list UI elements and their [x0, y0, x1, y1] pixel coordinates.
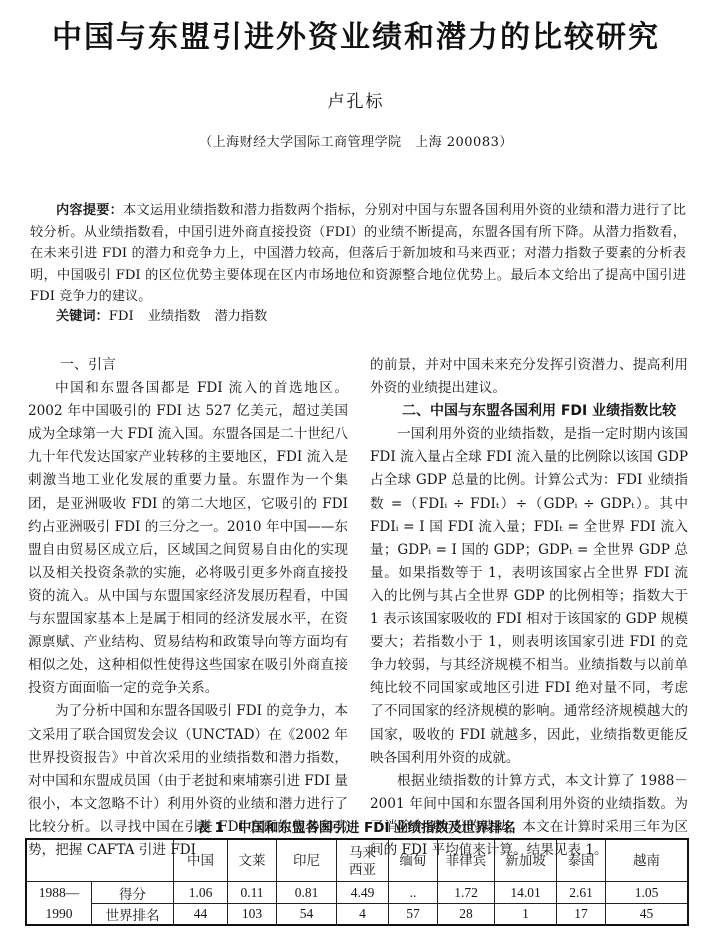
column-header-line: 马来 — [349, 845, 376, 860]
table-cell: 57 — [389, 904, 438, 926]
table-cell: 17 — [557, 904, 606, 926]
table-cell: 1.06 — [174, 882, 228, 904]
table-cell: .. — [389, 882, 438, 904]
column-header: 马来西亚 — [337, 839, 389, 882]
performance-index-table: 中国 文莱 印尼 马来西亚 缅甸 菲律宾 新加坡 泰国 越南 1988— 得分 … — [25, 838, 689, 926]
paper-affiliation: （上海财经大学国际工商管理学院 上海 200083） — [0, 131, 712, 150]
table-corner-cell — [26, 839, 174, 882]
column-header: 菲律宾 — [438, 839, 495, 882]
column-header: 缅甸 — [389, 839, 438, 882]
keyword: 潜力指数 — [214, 309, 267, 324]
table-cell: 2.61 — [557, 882, 606, 904]
table-cell: 28 — [438, 904, 495, 926]
column-header-line: 西亚 — [349, 862, 376, 877]
body-column-left: 一、引言 中国和东盟各国都是 FDI 流入的首选地区。2002 年中国吸引的 F… — [28, 354, 348, 862]
table-number: 表 1 — [196, 820, 224, 836]
body-paragraph-continuation: 的前景，并对中国未来充分发挥引资潜力、提高利用外资的业绩提出建议。 — [370, 354, 688, 400]
column-header: 中国 — [174, 839, 228, 882]
body-column-right: 的前景，并对中国未来充分发挥引资潜力、提高利用外资的业绩提出建议。 二、中国与东… — [370, 354, 688, 862]
keywords: 关键词：FDI业绩指数潜力指数 — [56, 305, 281, 324]
table-cell: 1.72 — [438, 882, 495, 904]
column-header: 新加坡 — [495, 839, 557, 882]
body-paragraph: 中国和东盟各国都是 FDI 流入的首选地区。2002 年中国吸引的 FDI 达 … — [28, 377, 348, 700]
paper-author: 卢孔标 — [0, 87, 712, 112]
table-row-world-rank: 1990 世界排名 44 103 54 4 57 28 1 17 45 — [26, 904, 688, 926]
column-header: 泰国 — [557, 839, 606, 882]
table-cell: 4 — [337, 904, 389, 926]
column-header: 印尼 — [277, 839, 337, 882]
abstract-text: 本文运用业绩指数和潜力指数两个指标，分别对中国与东盟各国利用外资的业绩和潜力进行… — [30, 203, 686, 304]
row-label: 得分 — [92, 882, 174, 904]
row-label: 世界排名 — [92, 904, 174, 926]
table-cell: 45 — [606, 904, 689, 926]
period-cell: 1988— — [26, 882, 92, 904]
table-row-score: 1988— 得分 1.06 0.11 0.81 4.49 .. 1.72 14.… — [26, 882, 688, 904]
keyword: FDI — [109, 309, 134, 324]
table-cell: 54 — [277, 904, 337, 926]
table-caption: 表 1中国和东盟各国引进 FDI 业绩指数及世界排名 — [0, 816, 712, 836]
keyword: 业绩指数 — [148, 309, 201, 324]
table-cell: 1.05 — [606, 882, 689, 904]
keywords-label: 关键词： — [56, 309, 109, 324]
column-header: 越南 — [606, 839, 689, 882]
table-cell: 103 — [228, 904, 277, 926]
abstract-label: 内容提要： — [56, 203, 123, 218]
table-cell: 0.11 — [228, 882, 277, 904]
period-cell: 1990 — [26, 904, 92, 926]
column-header: 文莱 — [228, 839, 277, 882]
section-heading-intro: 一、引言 — [28, 354, 348, 377]
table-cell: 4.49 — [337, 882, 389, 904]
table-cell: 44 — [174, 904, 228, 926]
abstract: 内容提要：本文运用业绩指数和潜力指数两个指标，分别对中国与东盟各国利用外资的业绩… — [30, 200, 686, 308]
table-cell: 14.01 — [495, 882, 557, 904]
paper-title: 中国与东盟引进外资业绩和潜力的比较研究 — [0, 12, 712, 56]
table-header-row: 中国 文莱 印尼 马来西亚 缅甸 菲律宾 新加坡 泰国 越南 — [26, 839, 688, 882]
table-cell: 1 — [495, 904, 557, 926]
table-cell: 0.81 — [277, 882, 337, 904]
section-heading-performance-index: 二、中国与东盟各国利用 FDI 业绩指数比较 — [370, 400, 688, 423]
body-paragraph: 一国利用外资的业绩指数，是指一定时期内该国 FDI 流入量占全球 FDI 流入量… — [370, 423, 688, 769]
table-title: 中国和东盟各国引进 FDI 业绩指数及世界排名 — [238, 820, 516, 836]
